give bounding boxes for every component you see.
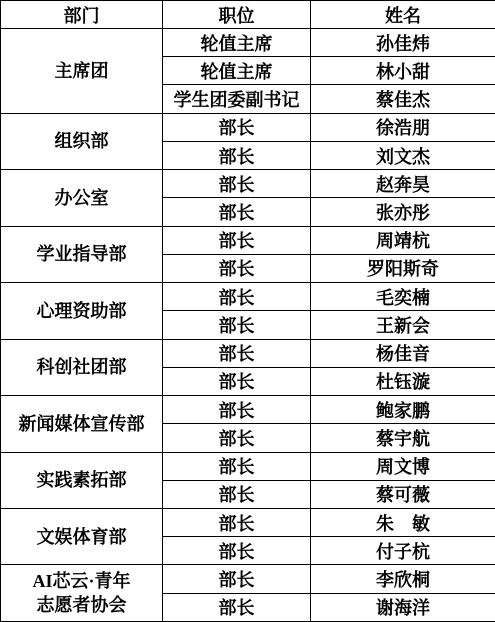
org-structure-table: 部门 职位 姓名 主席团轮值主席孙佳炜轮值主席林小甜学生团委副书记蔡佳杰组织部部… (0, 0, 495, 622)
table-row: 学业指导部部长周靖杭 (1, 226, 495, 254)
position-cell: 部长 (163, 424, 311, 452)
table-row: 新闻媒体宣传部部长鲍家鹏 (1, 396, 495, 424)
department-cell: AI芯云·青年 志愿者协会 (1, 565, 163, 622)
department-cell: 文娱体育部 (1, 508, 163, 564)
header-row: 部门 职位 姓名 (1, 1, 495, 29)
name-cell: 鲍家鹏 (311, 396, 495, 424)
position-cell: 部长 (163, 254, 311, 282)
position-cell: 部长 (163, 480, 311, 508)
table-row: 科创社团部部长杨佳音 (1, 339, 495, 367)
department-cell: 科创社团部 (1, 339, 163, 395)
position-cell: 部长 (163, 113, 311, 141)
name-cell: 罗阳斯奇 (311, 254, 495, 282)
name-cell: 王新会 (311, 311, 495, 339)
position-cell: 部长 (163, 198, 311, 226)
position-cell: 部长 (163, 311, 311, 339)
table-row: 组织部部长徐浩朋 (1, 113, 495, 141)
name-cell: 蔡佳杰 (311, 85, 495, 113)
department-cell: 主席团 (1, 29, 163, 114)
department-cell: 学业指导部 (1, 226, 163, 282)
name-cell: 蔡宇航 (311, 424, 495, 452)
name-cell: 周靖杭 (311, 226, 495, 254)
name-cell: 朱 敏 (311, 508, 495, 536)
document-page: 部门 职位 姓名 主席团轮值主席孙佳炜轮值主席林小甜学生团委副书记蔡佳杰组织部部… (0, 0, 495, 622)
position-cell: 部长 (163, 565, 311, 593)
header-cell-department: 部门 (1, 1, 163, 29)
table-row: 主席团轮值主席孙佳炜 (1, 29, 495, 57)
position-cell: 部长 (163, 170, 311, 198)
table-row: AI芯云·青年 志愿者协会部长李欣桐 (1, 565, 495, 593)
name-cell: 付子杭 (311, 537, 495, 565)
position-cell: 轮值主席 (163, 57, 311, 85)
table-row: 实践素拓部部长周文博 (1, 452, 495, 480)
position-cell: 部长 (163, 339, 311, 367)
name-cell: 蔡可薇 (311, 480, 495, 508)
position-cell: 部长 (163, 537, 311, 565)
name-cell: 赵奔昊 (311, 170, 495, 198)
name-cell: 李欣桐 (311, 565, 495, 593)
department-cell: 实践素拓部 (1, 452, 163, 508)
department-cell: 新闻媒体宣传部 (1, 396, 163, 452)
table-row: 心理资助部部长毛奕楠 (1, 283, 495, 311)
department-cell: 组织部 (1, 113, 163, 169)
table-row: 办公室部长赵奔昊 (1, 170, 495, 198)
department-cell: 办公室 (1, 170, 163, 226)
position-cell: 部长 (163, 593, 311, 621)
name-cell: 林小甜 (311, 57, 495, 85)
name-cell: 毛奕楠 (311, 283, 495, 311)
name-cell: 张亦彤 (311, 198, 495, 226)
department-cell: 心理资助部 (1, 283, 163, 339)
header-cell-name: 姓名 (311, 1, 495, 29)
name-cell: 杨佳音 (311, 339, 495, 367)
name-cell: 谢海洋 (311, 593, 495, 621)
position-cell: 轮值主席 (163, 29, 311, 57)
position-cell: 部长 (163, 508, 311, 536)
position-cell: 部长 (163, 226, 311, 254)
position-cell: 部长 (163, 452, 311, 480)
name-cell: 徐浩朋 (311, 113, 495, 141)
position-cell: 学生团委副书记 (163, 85, 311, 113)
position-cell: 部长 (163, 396, 311, 424)
table-row: 文娱体育部部长朱 敏 (1, 508, 495, 536)
name-cell: 孙佳炜 (311, 29, 495, 57)
name-cell: 周文博 (311, 452, 495, 480)
name-cell: 刘文杰 (311, 141, 495, 169)
header-cell-position: 职位 (163, 1, 311, 29)
position-cell: 部长 (163, 141, 311, 169)
position-cell: 部长 (163, 367, 311, 395)
position-cell: 部长 (163, 283, 311, 311)
name-cell: 杜钰漩 (311, 367, 495, 395)
